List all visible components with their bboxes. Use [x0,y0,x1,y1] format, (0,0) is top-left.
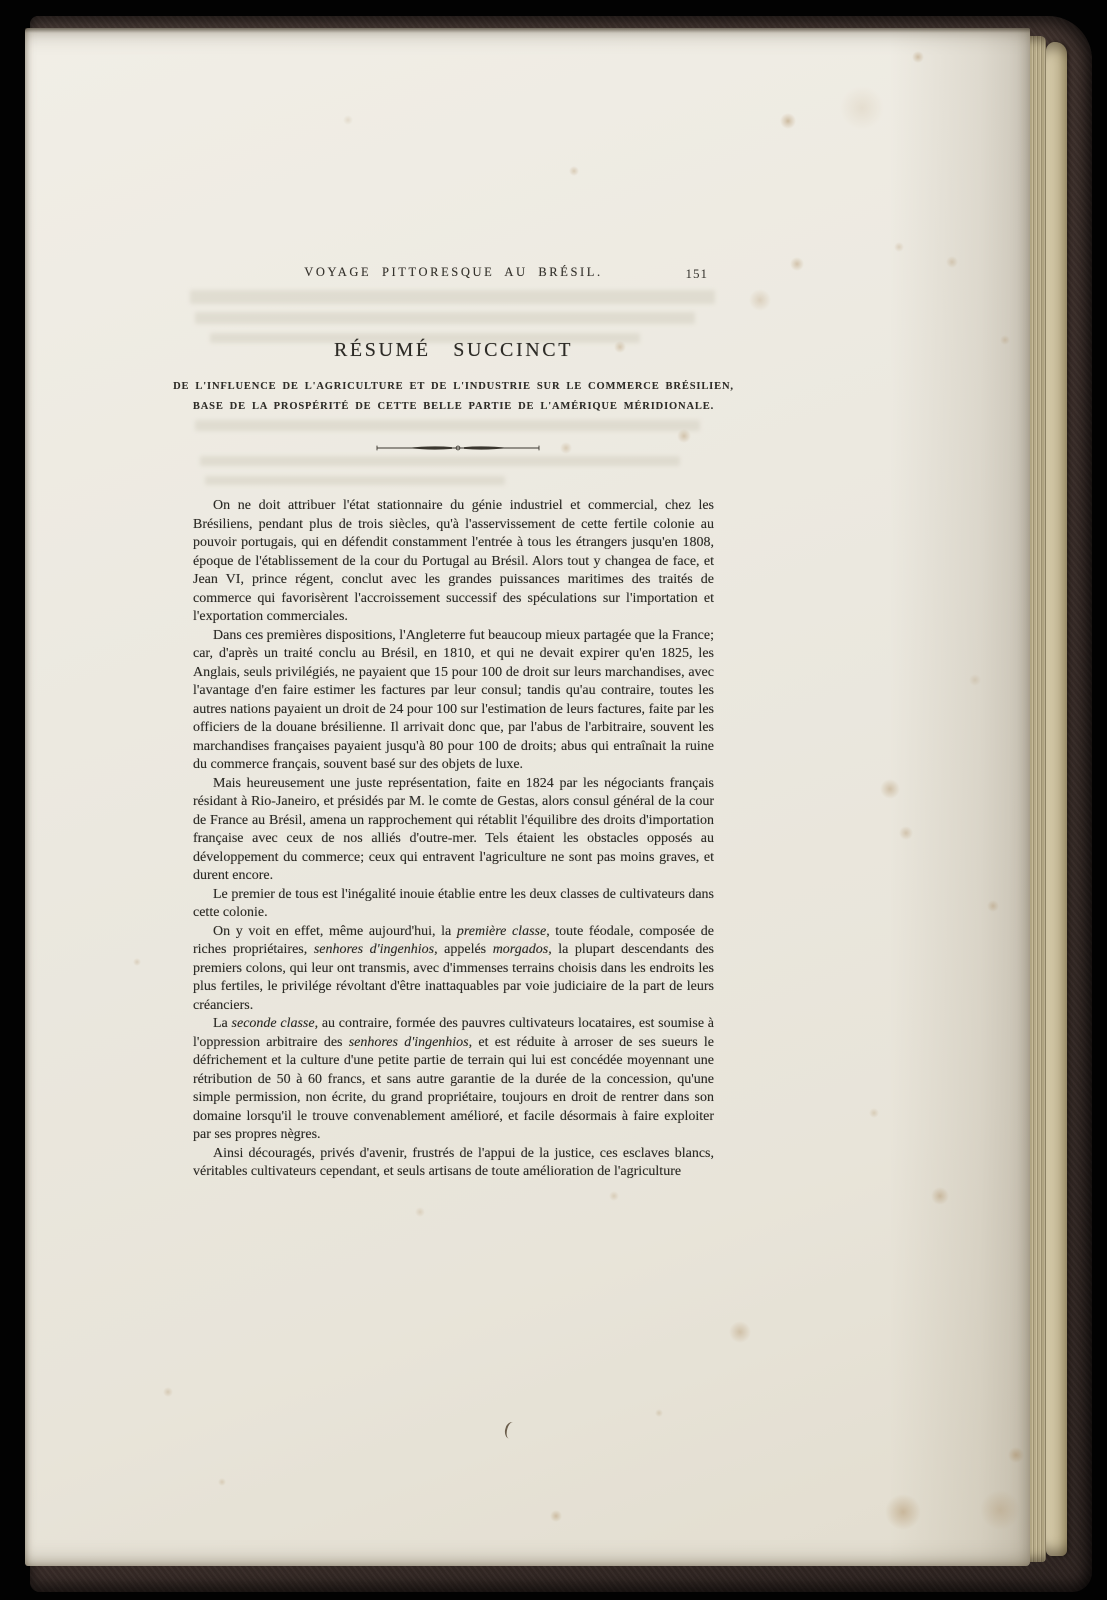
book-photo: VOYAGE PITTORESQUE AU BRÉSIL. 151 RÉSUMÉ… [0,0,1107,1600]
text-run: Le premier de tous est l'inégalité inoui… [193,887,714,921]
text-run: Dans ces premières dispositions, l'Angle… [193,628,714,773]
underlying-page-edge [1046,42,1067,1556]
show-through-band [195,312,695,324]
body-paragraphs: On ne doit attribuer l'état stationnaire… [193,497,714,1182]
ornamental-divider-icon [373,442,543,454]
text-run: On y voit en effet, même aujourd'hui, la [213,924,457,939]
paragraph: Dans ces premières dispositions, l'Angle… [193,627,714,775]
text-run: On ne doit attribuer l'état stationnaire… [193,498,714,624]
show-through-band [190,290,715,304]
text-run: La [213,1016,232,1031]
italic-phrase: morgados [493,942,549,957]
page-number: 151 [686,266,709,282]
italic-phrase: senhores d'ingenhios [314,942,434,957]
section-title: RÉSUMÉ SUCCINCT [193,339,714,362]
subtitle-line-2: BASE DE LA PROSPÉRITÉ DE CETTE BELLE PAR… [145,397,762,417]
paragraph: La seconde classe, au contraire, formée … [193,1015,714,1145]
show-through-band [195,420,700,431]
fore-edge-pages [1028,36,1046,1562]
paragraph: On ne doit attribuer l'état stationnaire… [193,497,714,627]
page-header: VOYAGE PITTORESQUE AU BRÉSIL. 151 [193,265,714,283]
paragraph: Mais heureusement une juste représentati… [193,775,714,886]
paragraph: On y voit en effet, même aujourd'hui, la… [193,923,714,1016]
book-page: VOYAGE PITTORESQUE AU BRÉSIL. 151 RÉSUMÉ… [25,28,1030,1566]
text-run: , appelés [434,942,493,957]
text-run: Ainsi découragés, privés d'avenir, frust… [193,1146,714,1180]
paragraph: Ainsi découragés, privés d'avenir, frust… [193,1145,714,1182]
running-header: VOYAGE PITTORESQUE AU BRÉSIL. [193,265,714,280]
paragraph: Le premier de tous est l'inégalité inoui… [193,886,714,923]
italic-phrase: première classe [457,924,546,939]
section-subtitle: DE L'INFLUENCE DE L'AGRICULTURE ET DE L'… [145,377,762,417]
subtitle-line-1: DE L'INFLUENCE DE L'AGRICULTURE ET DE L'… [145,377,762,397]
show-through-band [200,456,680,466]
show-through-band [205,476,505,485]
italic-phrase: seconde classe [232,1016,315,1031]
text-run: Mais heureusement une juste représentati… [193,776,714,884]
italic-phrase: senhores d'ingenhios [349,1035,469,1050]
text-run: , et est réduite à arroser de ses sueurs… [193,1035,714,1143]
